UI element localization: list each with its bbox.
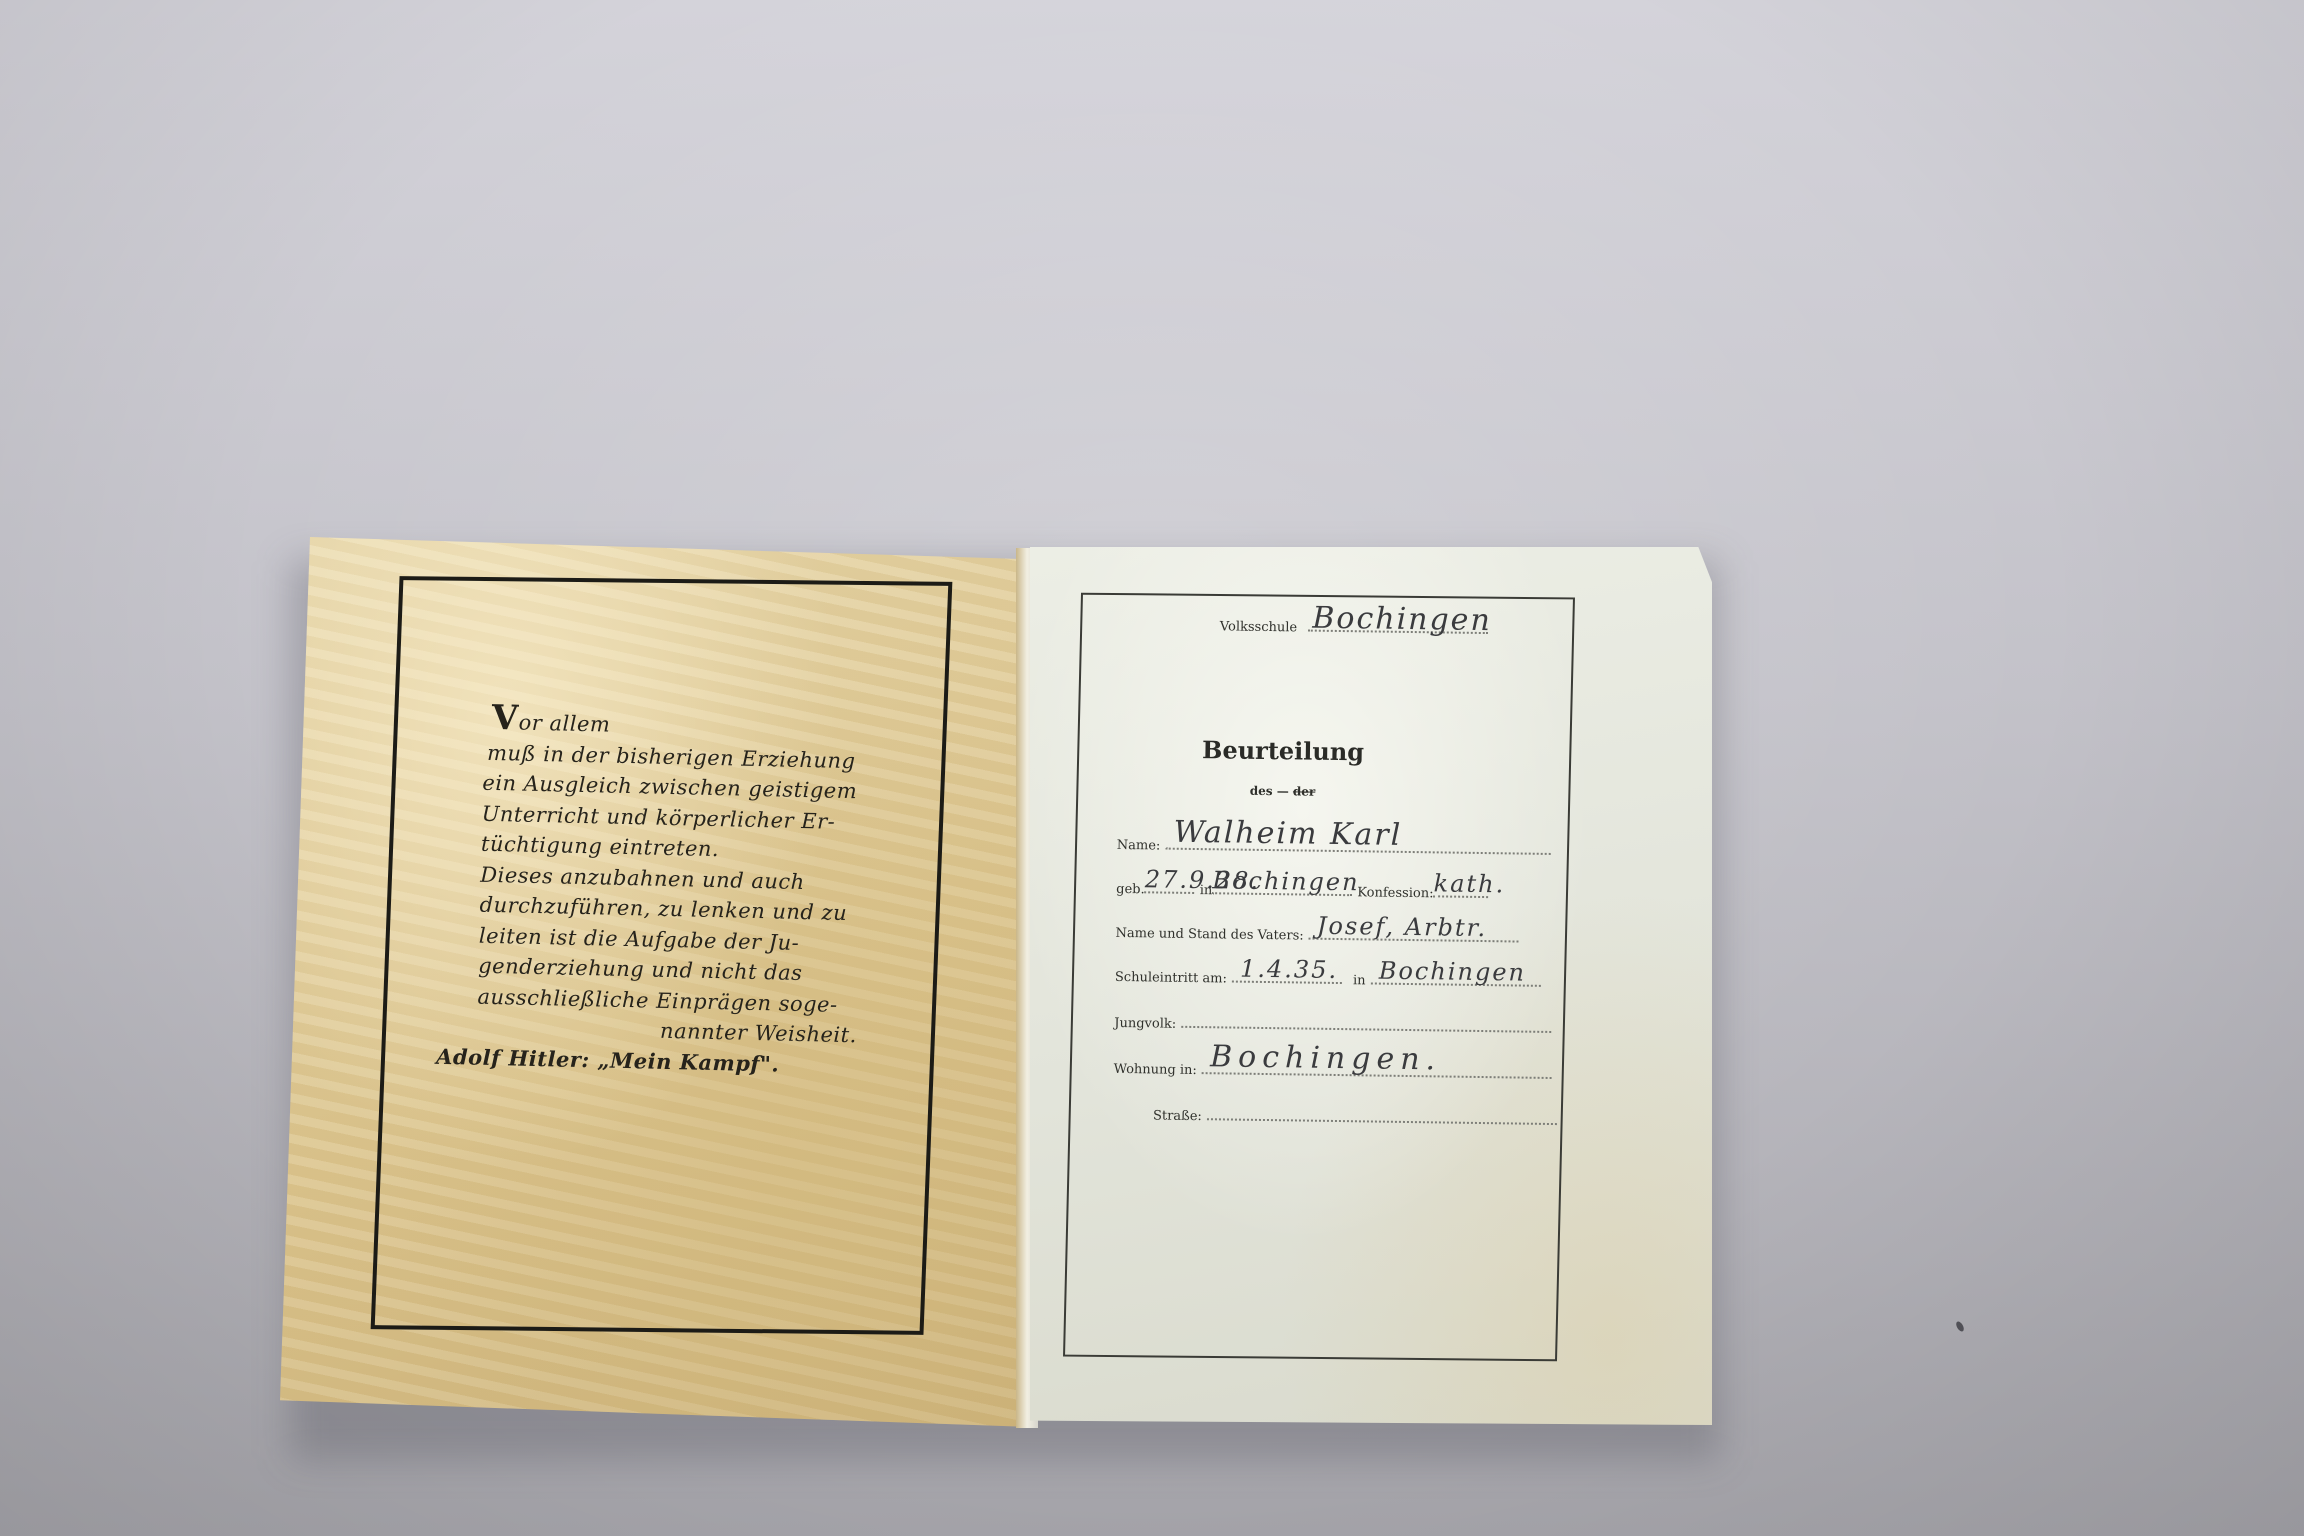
dust-speck bbox=[1955, 1320, 1966, 1333]
name-label: Name: bbox=[1117, 838, 1161, 854]
des-dash: — bbox=[1277, 784, 1289, 798]
father-label: Name und Stand des Vaters: bbox=[1115, 926, 1303, 944]
form-title: Beurteilung bbox=[1108, 734, 1458, 768]
drop-cap: V bbox=[491, 698, 519, 739]
residence-label: Wohnung in: bbox=[1114, 1062, 1197, 1078]
school-entry-place-value: Bochingen bbox=[1379, 957, 1527, 987]
birth-place-value: Bochingen bbox=[1212, 866, 1360, 896]
school-entry-in-label: in bbox=[1353, 973, 1366, 988]
residence-value: Bochingen. bbox=[1210, 1039, 1441, 1077]
des-label: des bbox=[1250, 784, 1273, 798]
school-value: Bochingen bbox=[1312, 601, 1492, 639]
jungvolk-label: Jungvolk: bbox=[1114, 1016, 1176, 1032]
confession-value: kath. bbox=[1433, 869, 1505, 898]
der-label-struck: der bbox=[1293, 784, 1316, 798]
school-row: Volksschule Bochingen bbox=[1220, 615, 1489, 638]
school-entry-date-value: 1.4.35. bbox=[1240, 955, 1338, 984]
father-value: Josef, Arbtr. bbox=[1317, 912, 1488, 942]
mein-kampf-quote: Vor allem muß in der bisherigen Erziehun… bbox=[476, 703, 864, 1082]
street-label: Straße: bbox=[1153, 1108, 1202, 1124]
confession-label: Konfession: bbox=[1357, 885, 1433, 901]
left-page: Vor allem muß in der bisherigen Erziehun… bbox=[280, 537, 1030, 1427]
school-entry-label: Schuleintritt am: bbox=[1115, 970, 1227, 987]
right-page: Volksschule Bochingen Beurteilung des — … bbox=[1030, 547, 1712, 1425]
name-value: Walheim Karl bbox=[1173, 815, 1402, 853]
born-label: geb. bbox=[1116, 882, 1145, 897]
school-label: Volksschule bbox=[1220, 619, 1297, 635]
